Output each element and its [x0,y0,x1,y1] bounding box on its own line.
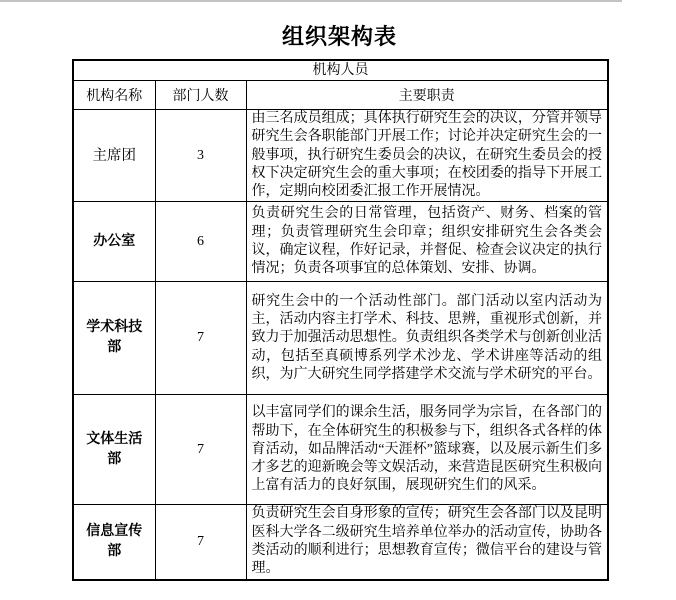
dept-name: 主席团 [73,110,155,202]
table-row-wentishenghuo: 文体生活部 7 以丰富同学们的课余生活，服务同学为宗旨，在各部门的帮助下，在全体… [73,395,608,505]
dept-count: 7 [155,282,246,395]
dept-name: 学术科技部 [73,282,155,395]
window-edge-line [0,0,622,2]
column-header-duty: 主要职责 [246,81,608,110]
dept-duty: 由三名成员组成；具体执行研究生会的决议，分管并领导研究生会各职能部门开展工作；讨… [246,110,608,202]
table-row-xinxixuanchuan: 信息宣传部 7 负责研究生会自身形象的宣传；研究生会各部门以及昆明医科大学各二级… [73,505,608,580]
dept-count: 6 [155,202,246,282]
dept-duty: 负责研究生会的日常管理，包括资产、财务、档案的管理；负责管理研究生会印章；组织安… [246,202,608,282]
column-header-row: 机构名称 部门人数 主要职责 [73,81,608,110]
dept-name: 信息宣传部 [73,505,155,580]
dept-count: 7 [155,505,246,580]
dept-name: 文体生活部 [73,395,155,505]
dept-count: 7 [155,395,246,505]
table-row-zhuxituan: 主席团 3 由三名成员组成；具体执行研究生会的决议，分管并领导研究生会各职能部门… [73,110,608,202]
org-structure-table: 机构人员 机构名称 部门人数 主要职责 主席团 3 由三名成员组成；具体执行研究… [72,59,609,581]
group-header-cell: 机构人员 [73,60,608,81]
column-header-name: 机构名称 [73,81,155,110]
dept-name: 办公室 [73,202,155,282]
page-title: 组织架构表 [72,24,607,50]
table-row-xueshukeji: 学术科技部 7 研究生会中的一个活动性部门。部门活动以室内活动为主，活动内容主打… [73,282,608,395]
group-header-row: 机构人员 [73,60,608,81]
column-header-count: 部门人数 [155,81,246,110]
dept-duty: 以丰富同学们的课余生活，服务同学为宗旨，在各部门的帮助下，在全体研究生的积极参与… [246,395,608,505]
dept-count: 3 [155,110,246,202]
dept-duty: 研究生会中的一个活动性部门。部门活动以室内活动为主，活动内容主打学术、科技、思辨… [246,282,608,395]
dept-duty: 负责研究生会自身形象的宣传；研究生会各部门以及昆明医科大学各二级研究生培养单位举… [246,505,608,580]
table-row-bangongshi: 办公室 6 负责研究生会的日常管理，包括资产、财务、档案的管理；负责管理研究生会… [73,202,608,282]
